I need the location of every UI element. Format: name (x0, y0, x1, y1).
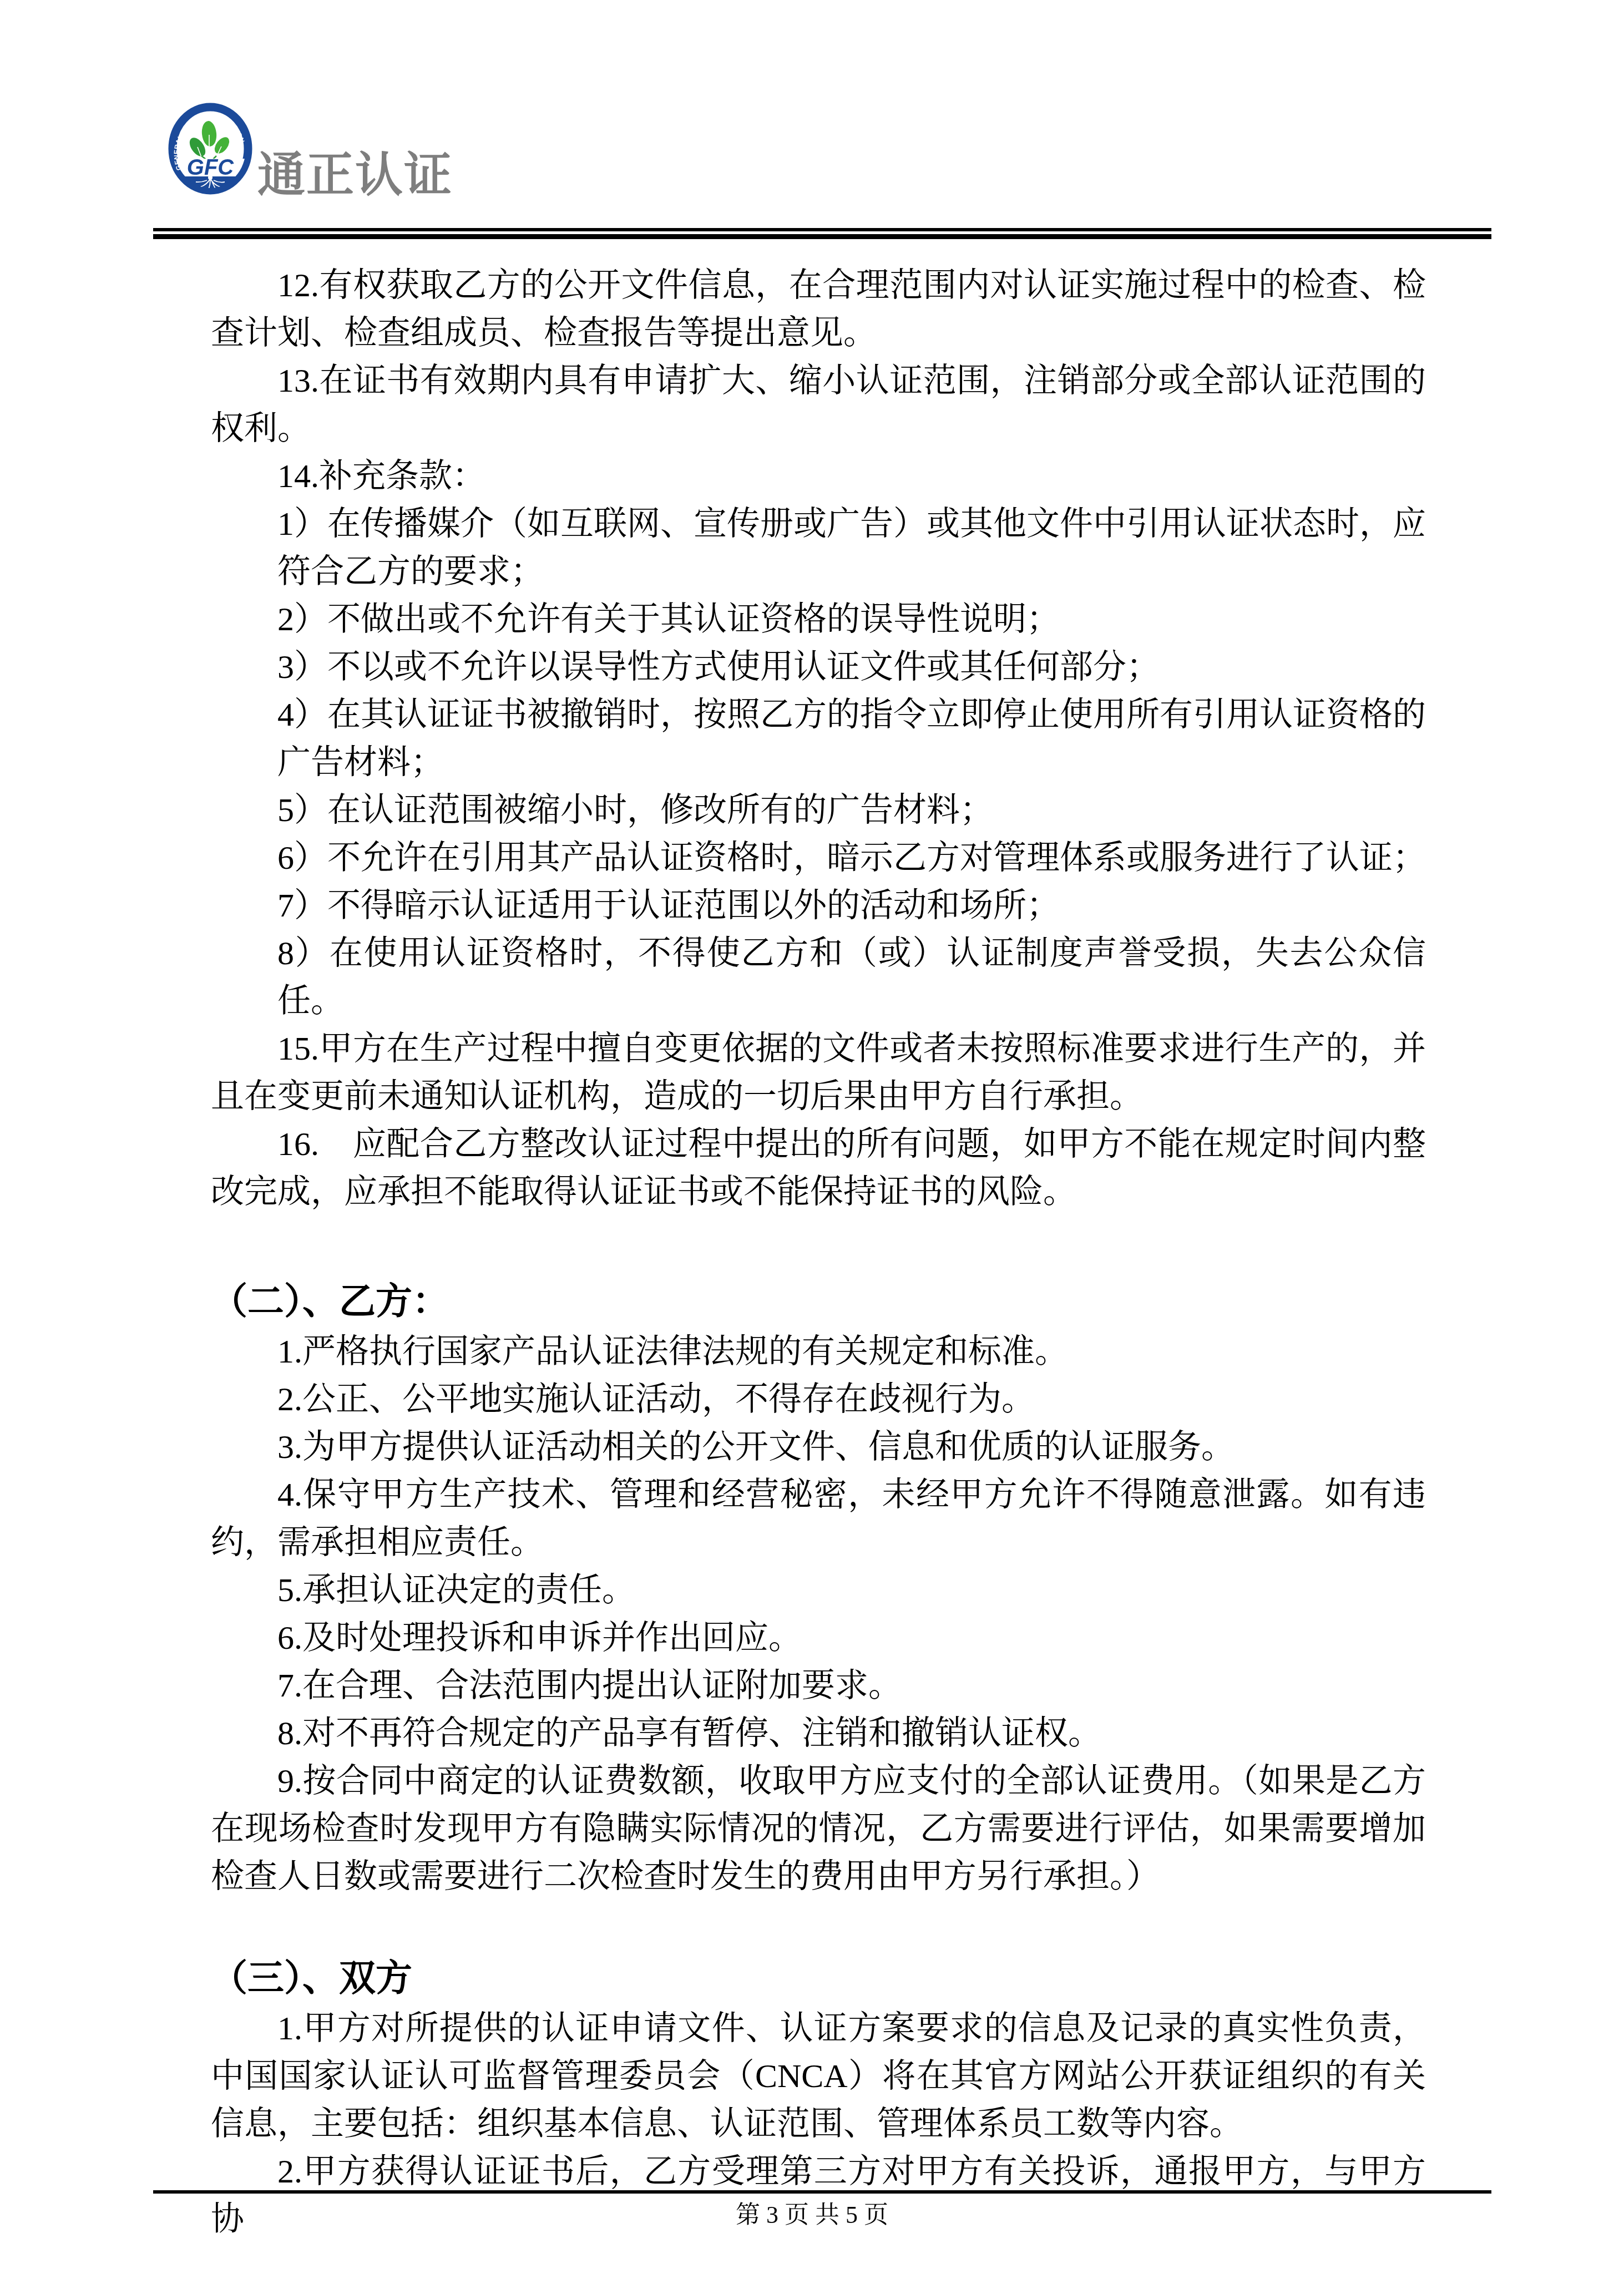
clause-14-sub-2: 2）不做出或不允许有关于其认证资格的误导性说明； (277, 595, 1426, 643)
footer-rule (153, 2190, 1491, 2194)
party-b-clause-1: 1.严格执行国家产品认证法律法规的有关规定和标准。 (211, 1328, 1426, 1375)
clause-12: 12.有权获取乙方的公开文件信息，在合理范围内对认证实施过程中的检查、检查计划、… (211, 261, 1426, 357)
contract-page: GENERAL FAIR CERTIFICATION GFC (0, 0, 1624, 2284)
party-b-clause-7: 7.在合理、合法范围内提出认证附加要求。 (211, 1662, 1426, 1709)
page-number: 第 3 页 共 5 页 (0, 2200, 1624, 2230)
party-b-clause-3: 3.为甲方提供认证活动相关的公开文件、信息和优质的认证服务。 (211, 1423, 1426, 1471)
party-b-clause-2: 2.公正、公平地实施认证活动，不得存在歧视行为。 (211, 1375, 1426, 1423)
party-b-clause-5: 5.承担认证决定的责任。 (211, 1566, 1426, 1614)
clause-14-sub-7: 7）不得暗示认证适用于认证范围以外的活动和场所； (277, 882, 1426, 929)
party-b-clause-4: 4.保守甲方生产技术、管理和经营秘密，未经甲方允许不得随意泄露。如有违约，需承担… (211, 1471, 1426, 1566)
section-heading-party-b: （二）、乙方： (211, 1277, 1426, 1328)
clause-14-sub-5: 5）在认证范围被缩小时，修改所有的广告材料； (277, 786, 1426, 834)
gfc-logo-emblem: GENERAL FAIR CERTIFICATION GFC (168, 103, 252, 195)
clause-14-sub-8: 8）在使用认证资格时，不得使乙方和（或）认证制度声誉受损，失去公众信任。 (277, 929, 1426, 1025)
section-heading-both-parties: （三）、双方 (211, 1953, 1426, 2004)
party-b-clause-8: 8.对不再符合规定的产品享有暂停、注销和撤销认证权。 (211, 1709, 1426, 1757)
clause-14-sub-6: 6）不允许在引用其产品认证资格时，暗示乙方对管理体系或服务进行了认证； (277, 834, 1426, 882)
gfc-logo-svg: GENERAL FAIR CERTIFICATION GFC (168, 103, 252, 195)
party-b-clause-9: 9.按合同中商定的认证费数额，收取甲方应支付的全部认证费用。（如果是乙方在现场检… (211, 1757, 1426, 1900)
contract-body: 12.有权获取乙方的公开文件信息，在合理范围内对认证实施过程中的检查、检查计划、… (211, 261, 1426, 2243)
both-parties-clause-1: 1.甲方对所提供的认证申请文件、认证方案要求的信息及记录的真实性负责，中国国家认… (211, 2004, 1426, 2148)
logo-acronym: GFC (187, 155, 235, 180)
clause-14-sub-3: 3）不以或不允许以误导性方式使用认证文件或其任何部分； (277, 643, 1426, 691)
clause-13: 13.在证书有效期内具有申请扩大、缩小认证范围，注销部分或全部认证范围的权利。 (211, 357, 1426, 452)
clause-14-sub-4: 4）在其认证证书被撤销时，按照乙方的指令立即停止使用所有引用认证资格的广告材料； (277, 691, 1426, 786)
party-b-clause-6: 6.及时处理投诉和申诉并作出回应。 (211, 1614, 1426, 1662)
brand-name: 通正认证 (257, 148, 453, 203)
clause-15: 15.甲方在生产过程中擅自变更依据的文件或者未按照标准要求进行生产的，并且在变更… (211, 1025, 1426, 1120)
clause-14: 14.补充条款： (211, 452, 1426, 500)
clause-16: 16. 应配合乙方整改认证过程中提出的所有问题，如甲方不能在规定时间内整改完成，… (211, 1120, 1426, 1216)
header-rule (153, 228, 1491, 239)
clause-14-sub-1: 1）在传播媒介（如互联网、宣传册或广告）或其他文件中引用认证状态时，应符合乙方的… (277, 500, 1426, 595)
